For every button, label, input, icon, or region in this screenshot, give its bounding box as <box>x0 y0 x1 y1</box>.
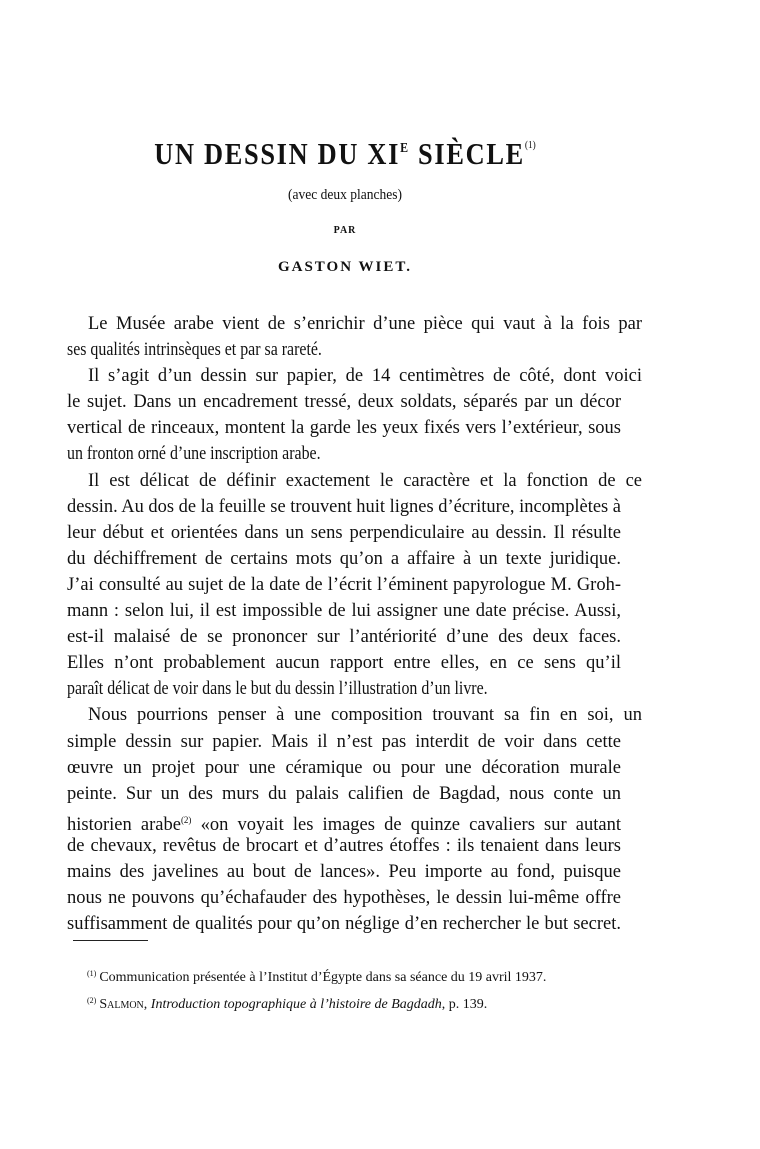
body-line: J’ai consulté au sujet de la date de l’é… <box>67 572 621 598</box>
body-line: paraît délicat de voir dans le but du de… <box>67 676 621 702</box>
body-line: ses qualités intrinsèques et par sa rare… <box>67 337 621 363</box>
article-title: UN DESSIN DU XIE SIÈCLE(1) <box>52 136 639 172</box>
title-end: SIÈCLE <box>410 136 525 171</box>
line-text: vertical de rinceaux, montent la garde l… <box>67 418 621 438</box>
line-text: paraît délicat de voir dans le but du de… <box>67 679 488 699</box>
footnote-page: , p. 139. <box>442 997 488 1012</box>
footnote-text: Communication présentée à l’Institut d’É… <box>99 970 546 985</box>
line-text: Il est délicat de définir exactement le … <box>88 471 642 491</box>
body-line: vertical de rinceaux, montent la garde l… <box>67 415 621 441</box>
body-line: Il s’agit d’un dessin sur papier, de 14 … <box>67 363 642 389</box>
footnote-mark: (2) <box>87 996 96 1005</box>
line-text: dessin. Au dos de la feuille se trouvent… <box>67 497 621 517</box>
article-body: Le Musée arabe vient de s’enrichir d’une… <box>67 311 621 937</box>
line-text: leur début et orientées dans un sens per… <box>67 523 621 543</box>
footnote-2: (2)Salmon, Introduction topographique à … <box>87 989 647 1016</box>
line-text: mann : selon lui, il est impossible de l… <box>67 601 621 621</box>
article-subtitle: (avec deux planches) <box>35 187 656 204</box>
body-line: Il est délicat de définir exactement le … <box>67 468 642 494</box>
line-text: ses qualités intrinsèques et par sa rare… <box>67 340 322 360</box>
line-text: historien arabe <box>67 815 181 835</box>
body-line: est-il malaisé de se prononcer sur l’ant… <box>67 624 621 650</box>
body-line: dessin. Au dos de la feuille se trouvent… <box>67 494 621 520</box>
body-line: Elles n’ont probablement aucun rapport e… <box>67 650 621 676</box>
line-text: suffisamment de qualités pour qu’on négl… <box>67 914 621 934</box>
body-line: du déchiffrement de certains mots qu’on … <box>67 546 621 572</box>
body-line: peinte. Sur un des murs du palais califi… <box>67 781 621 807</box>
body-line: mains des javelines au bout de lances». … <box>67 859 621 885</box>
line-text: peinte. Sur un des murs du palais califi… <box>67 784 621 804</box>
body-line: mann : selon lui, il est impossible de l… <box>67 598 621 624</box>
title-main: UN DESSIN DU XI <box>154 136 400 171</box>
footnotes: (1)Communication présentée à l’Institut … <box>87 962 647 1016</box>
footnote-ref-2[interactable]: (2) <box>181 815 192 825</box>
footnote-book-title: Introduction topographique à l’histoire … <box>151 997 442 1012</box>
line-text: simple dessin sur papier. Mais il n’est … <box>67 732 621 752</box>
line-text: Elles n’ont probablement aucun rapport e… <box>67 653 621 673</box>
line-text: Il s’agit d’un dessin sur papier, de 14 … <box>88 366 642 386</box>
line-text: Le Musée arabe vient de s’enrichir d’une… <box>88 314 642 334</box>
line-text: nous ne pouvons qu’échafauder des hypoth… <box>67 888 621 908</box>
line-text: du déchiffrement de certains mots qu’on … <box>67 549 621 569</box>
body-line: le sujet. Dans un encadrement tressé, de… <box>67 389 621 415</box>
footnote-sep: , <box>144 997 151 1012</box>
title-footnote-ref[interactable]: (1) <box>525 139 536 151</box>
body-line: œuvre un projet pour une céramique ou po… <box>67 755 621 781</box>
line-text: mains des javelines au bout de lances». … <box>67 862 621 882</box>
body-line: leur début et orientées dans un sens per… <box>67 520 621 546</box>
body-line: un fronton orné d’une inscription arabe. <box>67 441 621 467</box>
title-century-superscript: E <box>400 141 410 156</box>
line-text: un fronton orné d’une inscription arabe. <box>67 444 321 464</box>
body-line: de chevaux, revêtus de brocart et d’autr… <box>67 833 621 859</box>
footnote-mark: (1) <box>87 969 96 978</box>
footnote-author: Salmon <box>99 997 143 1012</box>
line-text: Nous pourrions penser à une composition … <box>88 705 642 725</box>
author-name: GASTON WIET. <box>0 259 690 276</box>
line-text: de chevaux, revêtus de brocart et d’autr… <box>67 836 621 856</box>
body-line: nous ne pouvons qu’échafauder des hypoth… <box>67 885 621 911</box>
line-text: le sujet. Dans un encadrement tressé, de… <box>67 392 621 412</box>
footnote-1: (1)Communication présentée à l’Institut … <box>87 962 647 989</box>
line-text: J’ai consulté au sujet de la date de l’é… <box>67 575 621 595</box>
body-line: suffisamment de qualités pour qu’on négl… <box>67 911 621 937</box>
body-line: Le Musée arabe vient de s’enrichir d’une… <box>67 311 642 337</box>
body-line: Nous pourrions penser à une composition … <box>67 702 642 728</box>
footnote-separator <box>73 940 148 941</box>
body-line: simple dessin sur papier. Mais il n’est … <box>67 729 621 755</box>
byline-par: PAR <box>0 225 690 236</box>
line-text: œuvre un projet pour une céramique ou po… <box>67 758 621 778</box>
line-text: est-il malaisé de se prononcer sur l’ant… <box>67 627 621 647</box>
body-line: historien arabe(2) «on voyait les images… <box>67 807 621 833</box>
line-text: «on voyait les images de quinze cavalier… <box>191 815 621 835</box>
